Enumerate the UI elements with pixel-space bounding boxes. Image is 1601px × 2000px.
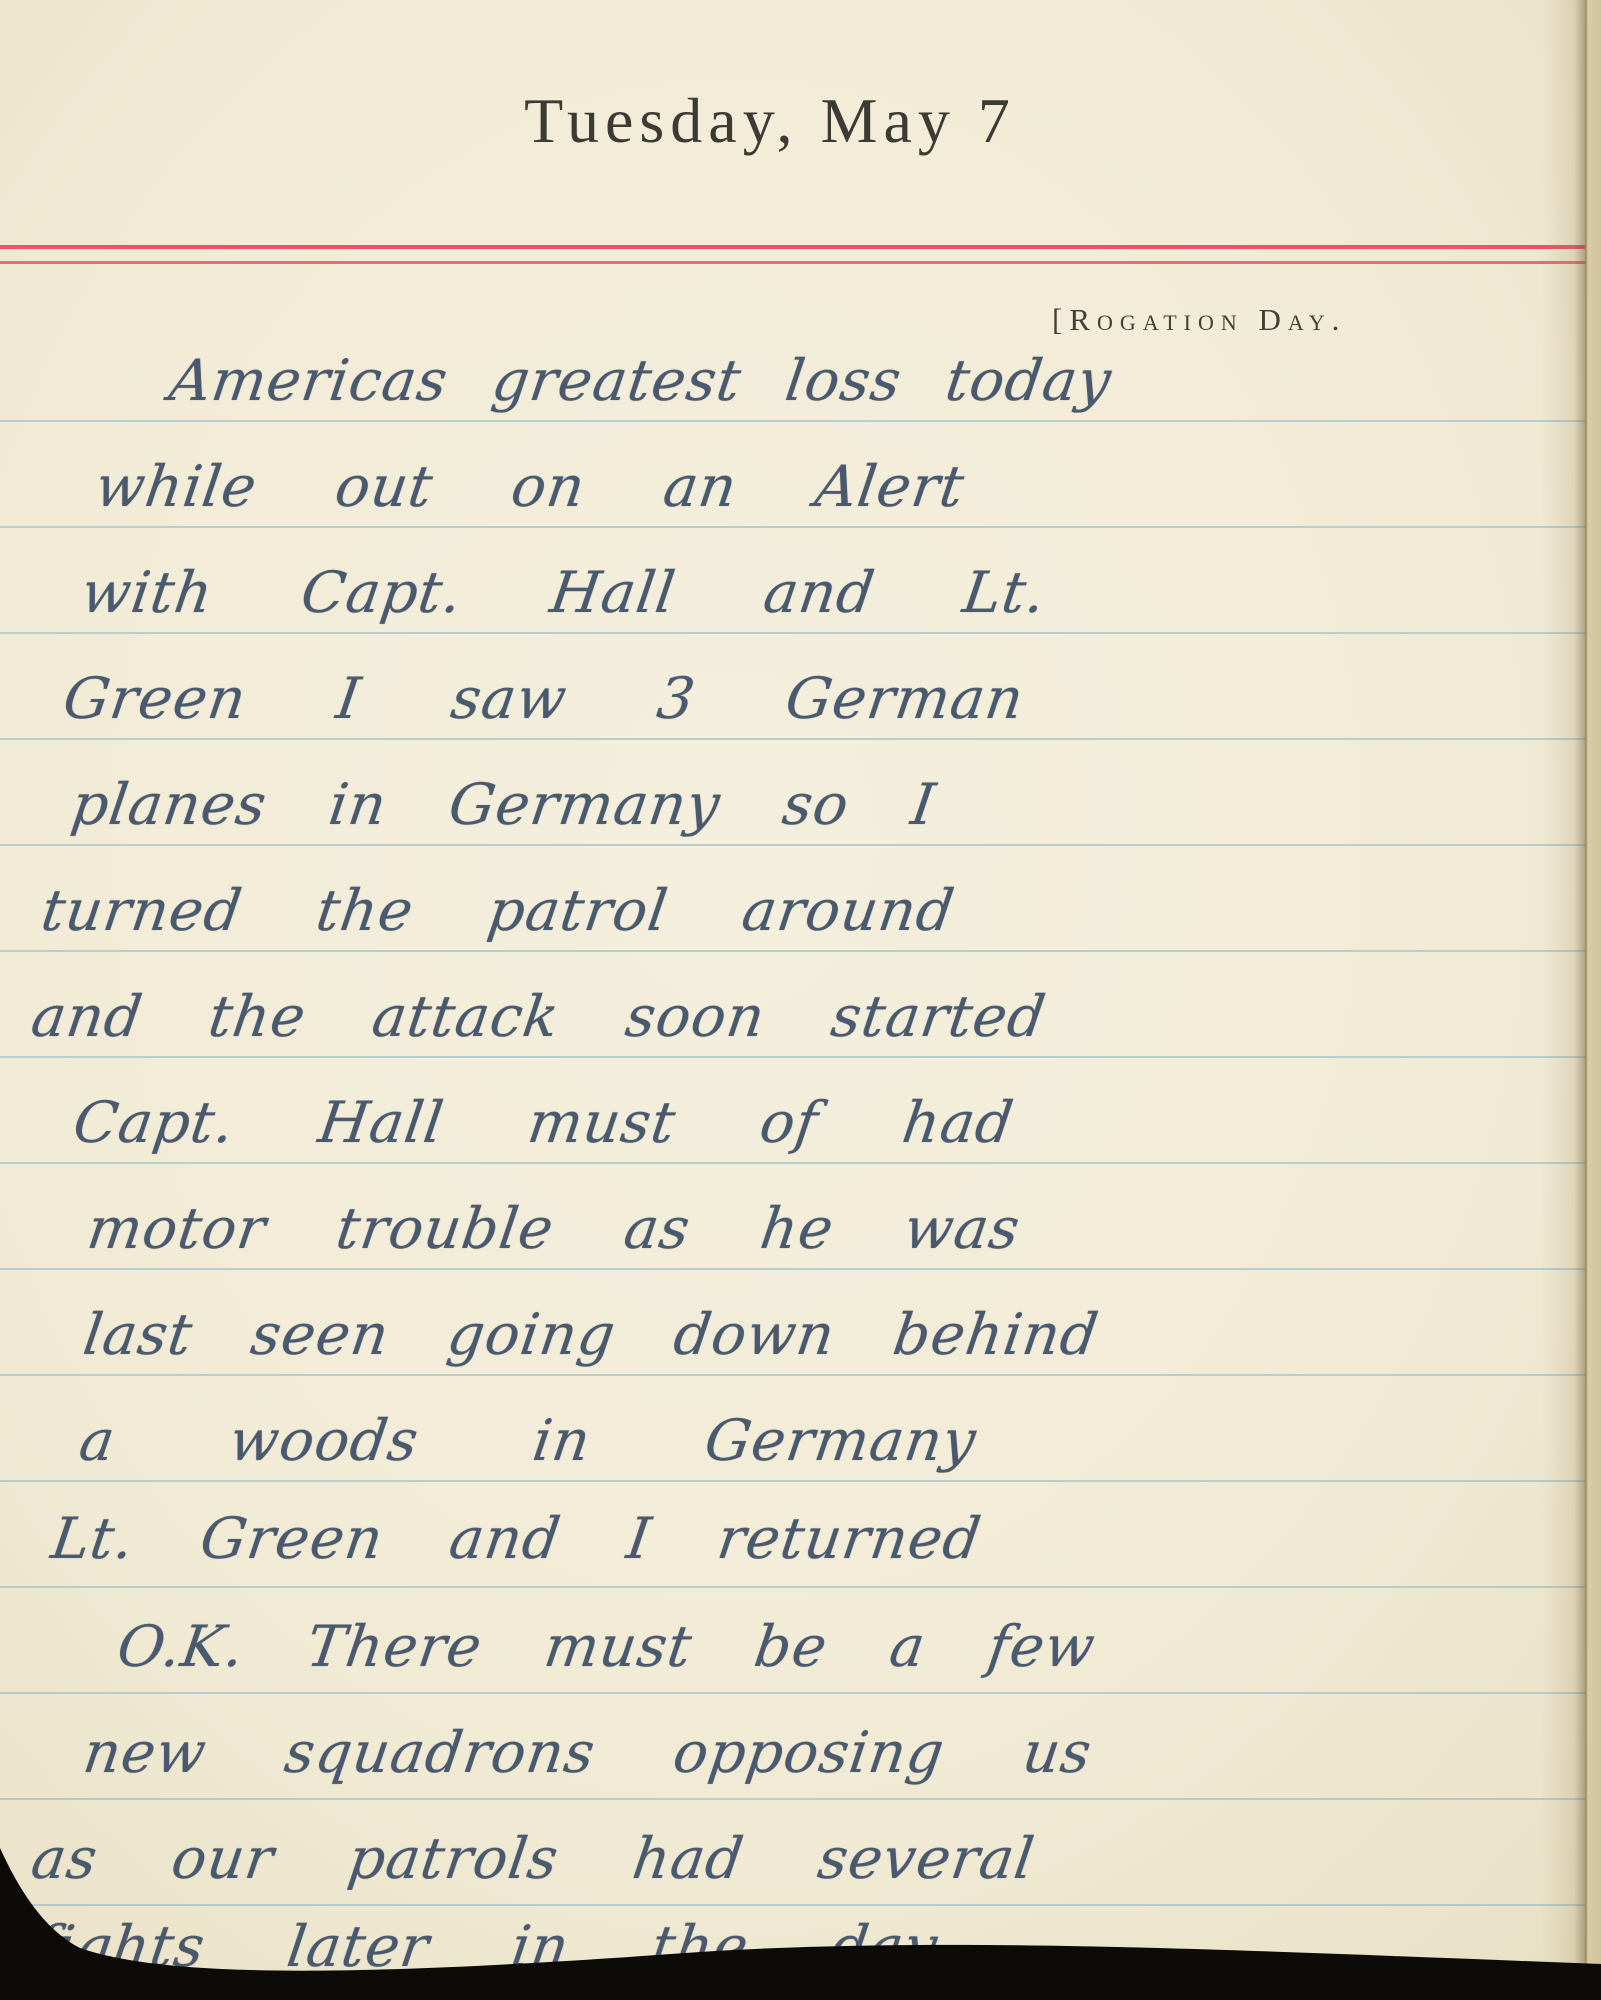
diary-page: Tuesday, May 7 [Rogation Day. Americas g…: [0, 0, 1601, 2000]
scan-bottom-shadow: [0, 0, 1601, 2000]
